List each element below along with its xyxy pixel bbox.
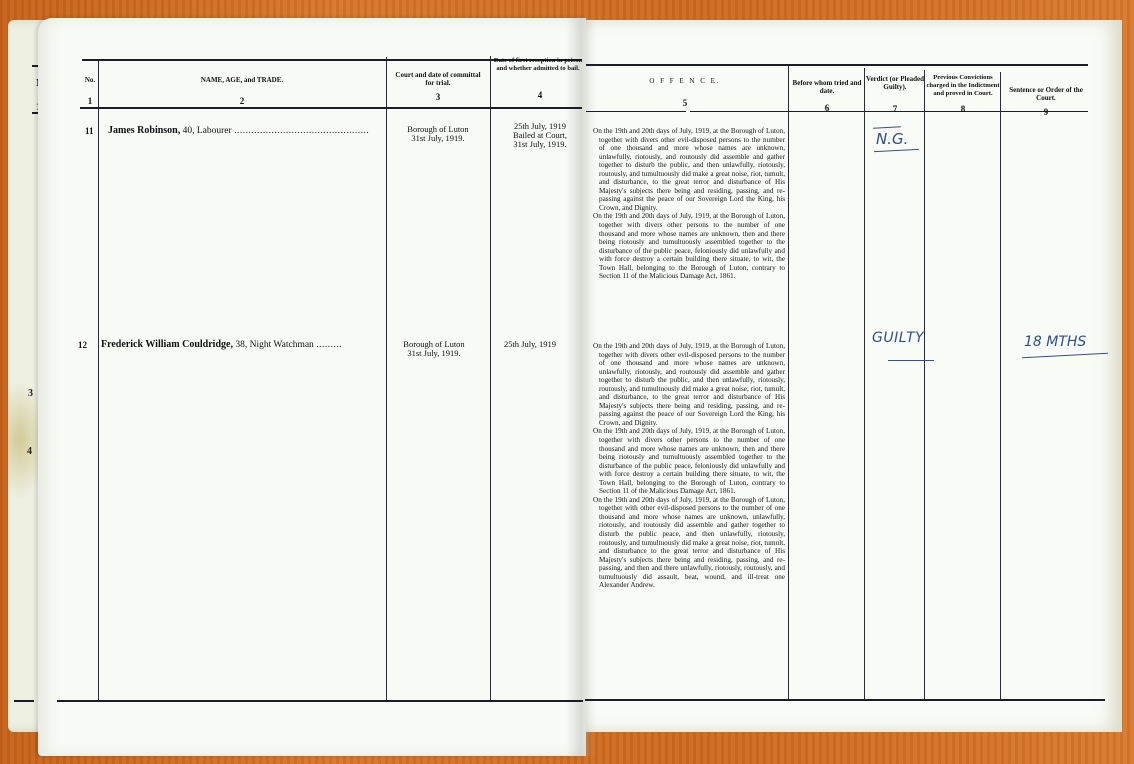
offence-count: On the 19th and 20th days of July, 1919,…	[593, 342, 785, 427]
table-top-rule	[586, 64, 1088, 66]
verdict-handwritten: N.G.	[876, 130, 908, 148]
reception-date: 25th July, 1919	[490, 340, 570, 349]
column-divider	[386, 57, 387, 700]
column-divider	[490, 56, 491, 700]
column-header-sentence: Sentence or Order of the Court.	[1004, 86, 1088, 102]
committal-date: 31st July, 1919.	[388, 134, 488, 143]
column-number: 1	[82, 96, 98, 106]
column-divider	[924, 70, 925, 699]
back-page-mark: 3	[28, 388, 33, 399]
column-divider	[788, 66, 789, 699]
court-committal: Borough of Luton 31st July, 1919.	[384, 340, 484, 358]
column-header-name: NAME, AGE, and TRADE.	[100, 76, 384, 84]
table-bottom-rule	[585, 699, 1105, 701]
sentence-handwritten: 18 MTHS	[1024, 334, 1086, 350]
entry-number: 11	[85, 126, 94, 136]
column-number: 4	[492, 90, 588, 100]
offence-text: On the 19th and 20th days of July, 1919,…	[593, 342, 785, 590]
prisoner-name-age-trade: Frederick William Couldridge, 38, Night …	[101, 339, 342, 350]
column-number: 7	[866, 104, 924, 114]
handwritten-underline	[888, 360, 934, 361]
column-number: 5	[600, 98, 770, 108]
column-header-verdict: Verdict (or Pleaded Guilty).	[866, 75, 924, 91]
column-header-reception: Date of first reception in prison and wh…	[492, 57, 584, 73]
prisoner-name-age-trade: James Robinson, 40, Labourer ...........…	[108, 125, 369, 136]
verdict-handwritten: GUILTY	[872, 330, 924, 346]
column-divider	[864, 68, 865, 699]
column-number: 8	[926, 104, 1000, 114]
header-bottom-rule	[586, 111, 686, 112]
prisoner-name: James Robinson,	[108, 125, 180, 136]
bail-date: 31st July, 1919.	[492, 140, 588, 149]
header-bottom-rule	[80, 107, 582, 109]
entry-number: 12	[78, 340, 87, 350]
column-number: 2	[100, 96, 384, 106]
column-number: 3	[390, 92, 486, 102]
back-page-rule	[14, 700, 34, 702]
column-number: 6	[792, 103, 862, 113]
back-page-mark: 4	[27, 446, 32, 457]
column-header-offence: O F F E N C E.	[600, 77, 770, 85]
reception-bail: 25th July, 1919 Bailed at Court, 31st Ju…	[492, 122, 588, 149]
column-header-court: Court and date of committal for trial.	[392, 71, 484, 87]
column-header-no: No.	[82, 76, 98, 84]
column-number: 9	[1004, 107, 1088, 117]
column-header-tried: Before whom tried and date.	[792, 79, 862, 95]
column-divider	[1000, 72, 1001, 699]
prisoner-age-trade: 38, Night Watchman	[235, 340, 313, 350]
committal-date: 31st July, 1919.	[384, 349, 484, 358]
column-header-previous-convictions: Previous Convictions charged in the Indi…	[926, 74, 1000, 98]
offence-count: On the 19th and 20th days of July, 1919,…	[593, 496, 785, 590]
reception-bail: 25th July, 1919	[490, 340, 570, 349]
prisoner-age-trade: 40, Labourer	[183, 126, 232, 136]
offence-count: On the 19th and 20th days of July, 1919,…	[593, 127, 785, 212]
table-bottom-rule	[57, 700, 583, 702]
column-divider	[98, 61, 99, 701]
offence-count: On the 19th and 20th days of July, 1919,…	[593, 212, 785, 280]
offence-count: On the 19th and 20th days of July, 1919,…	[593, 427, 785, 495]
court-committal: Borough of Luton 31st July, 1919.	[388, 125, 488, 143]
offence-text: On the 19th and 20th days of July, 1919,…	[593, 127, 785, 281]
prisoner-name: Frederick William Couldridge,	[101, 339, 233, 350]
